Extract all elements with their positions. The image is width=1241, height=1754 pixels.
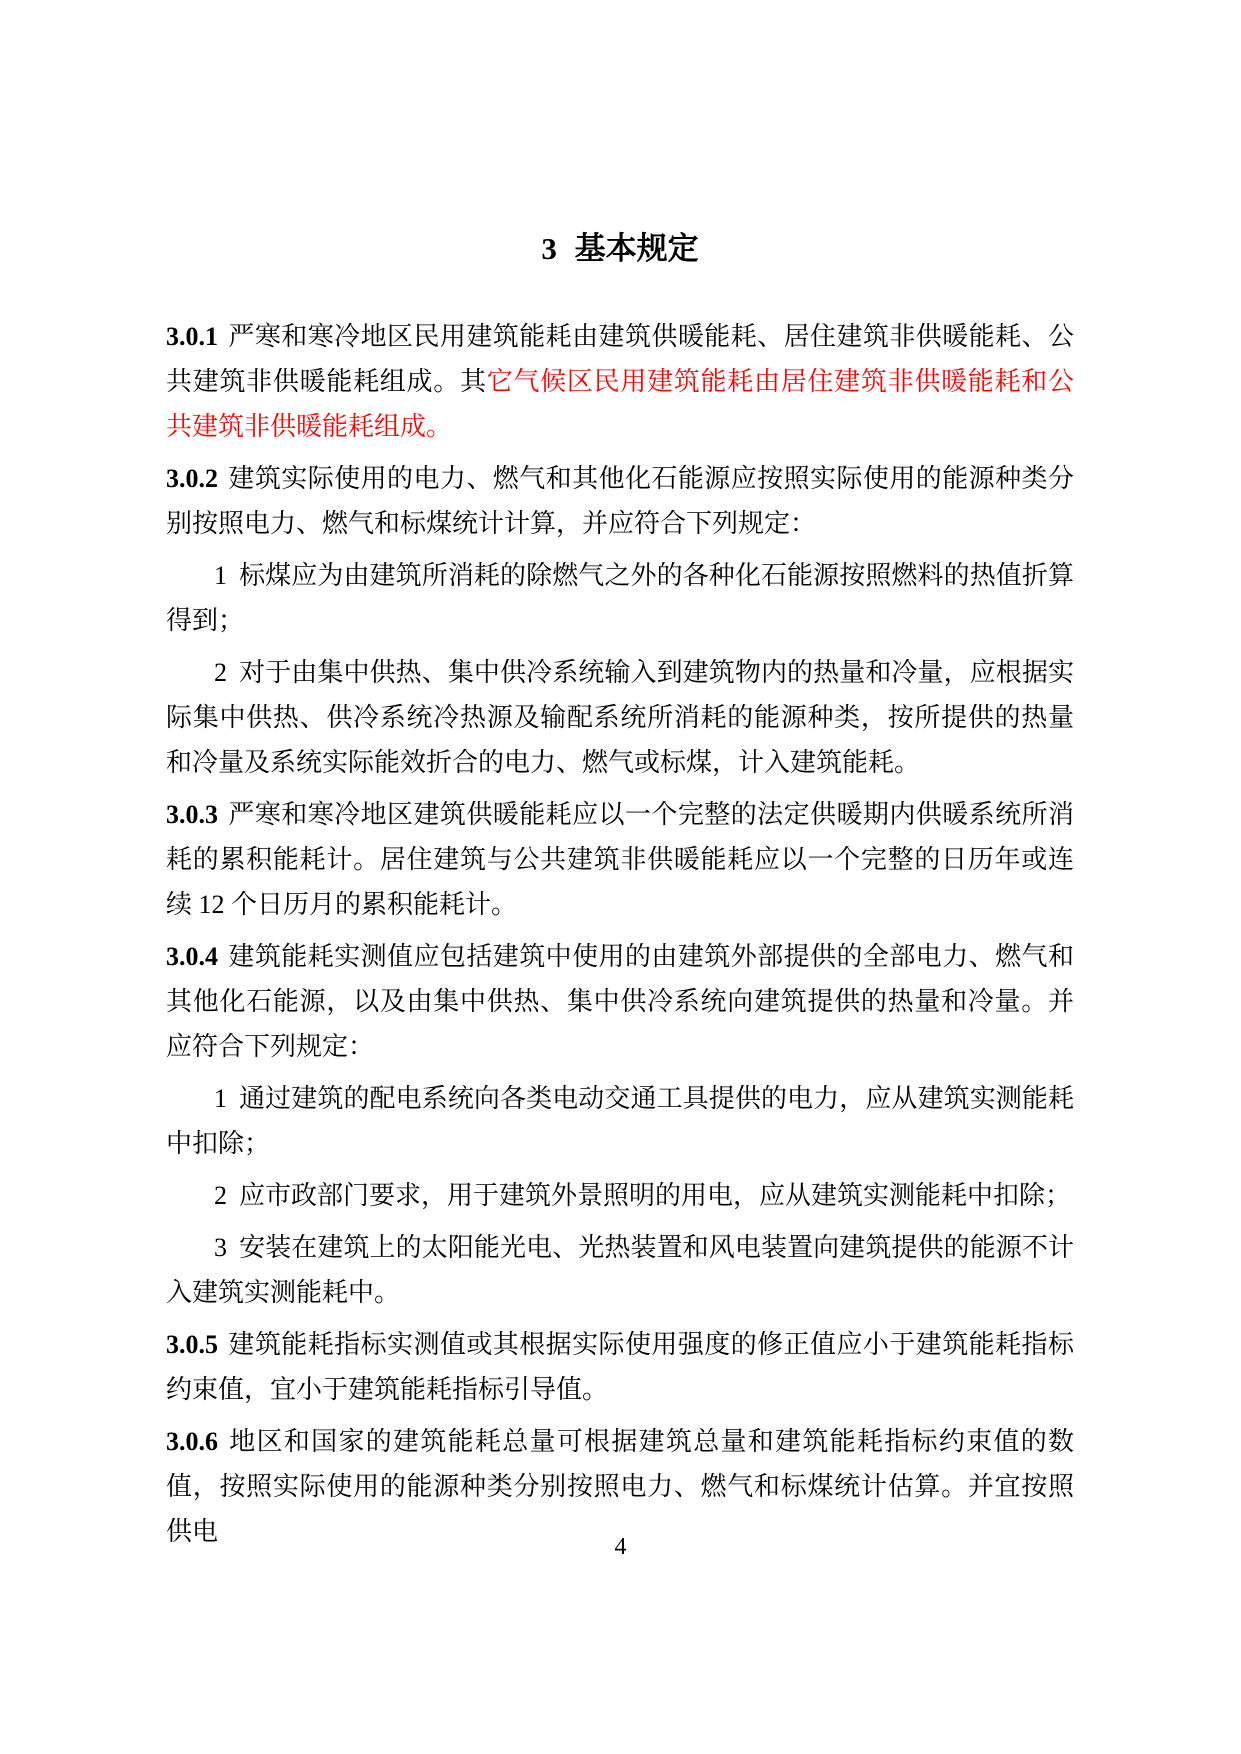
clause-number: 3.0.2: [166, 464, 218, 493]
clause-text: 严寒和寒冷地区建筑供暖能耗应以一个完整的法定供暖期内供暖系统所消耗的累积能耗计。…: [166, 800, 1074, 919]
document-page: 3 基本规定 3.0.1严寒和寒冷地区民用建筑能耗由建筑供暖能耗、居住建筑非供暖…: [0, 0, 1241, 1754]
clause-3-0-2: 3.0.2建筑实际使用的电力、燃气和其他化石能源应按照实际使用的能源种类分别按照…: [166, 456, 1074, 546]
clause-number: 3.0.4: [166, 942, 218, 971]
clause-3-0-2-item-1: 1标煤应为由建筑所消耗的除燃气之外的各种化石能源按照燃料的热值折算得到；: [166, 553, 1074, 643]
clause-3-0-4: 3.0.4建筑能耗实测值应包括建筑中使用的由建筑外部提供的全部电力、燃气和其他化…: [166, 934, 1074, 1069]
clause-3-0-1: 3.0.1严寒和寒冷地区民用建筑能耗由建筑供暖能耗、居住建筑非供暖能耗、公共建筑…: [166, 314, 1074, 449]
clause-text: 地区和国家的建筑能耗总量可根据建筑总量和建筑能耗指标约束值的数值，按照实际使用的…: [166, 1427, 1074, 1546]
clause-number: 3.0.1: [166, 322, 218, 351]
clause-text: 建筑实际使用的电力、燃气和其他化石能源应按照实际使用的能源种类分别按照电力、燃气…: [166, 464, 1074, 538]
clause-text: 建筑能耗指标实测值或其根据实际使用强度的修正值应小于建筑能耗指标约束值，宜小于建…: [166, 1330, 1074, 1404]
item-text: 通过建筑的配电系统向各类电动交通工具提供的电力，应从建筑实测能耗中扣除；: [166, 1084, 1074, 1158]
item-number: 3: [214, 1233, 227, 1262]
item-text: 标煤应为由建筑所消耗的除燃气之外的各种化石能源按照燃料的热值折算得到；: [166, 561, 1074, 635]
clause-3-0-4-item-1: 1通过建筑的配电系统向各类电动交通工具提供的电力，应从建筑实测能耗中扣除；: [166, 1076, 1074, 1166]
clause-number: 3.0.5: [166, 1330, 218, 1359]
page-content: 3 基本规定 3.0.1严寒和寒冷地区民用建筑能耗由建筑供暖能耗、居住建筑非供暖…: [166, 0, 1074, 1554]
clause-3-0-5: 3.0.5建筑能耗指标实测值或其根据实际使用强度的修正值应小于建筑能耗指标约束值…: [166, 1322, 1074, 1412]
item-number: 2: [214, 1181, 227, 1210]
item-text: 安装在建筑上的太阳能光电、光热装置和风电装置向建筑提供的能源不计入建筑实测能耗中…: [166, 1233, 1074, 1307]
clause-text: 建筑能耗实测值应包括建筑中使用的由建筑外部提供的全部电力、燃气和其他化石能源，以…: [166, 942, 1074, 1061]
clause-3-0-4-item-2: 2应市政部门要求，用于建筑外景照明的用电，应从建筑实测能耗中扣除；: [166, 1173, 1074, 1218]
clause-number: 3.0.6: [166, 1427, 218, 1456]
item-number: 1: [214, 561, 227, 590]
clause-3-0-4-item-3: 3安装在建筑上的太阳能光电、光热装置和风电装置向建筑提供的能源不计入建筑实测能耗…: [166, 1225, 1074, 1315]
clause-3-0-3: 3.0.3严寒和寒冷地区建筑供暖能耗应以一个完整的法定供暖期内供暖系统所消耗的累…: [166, 792, 1074, 927]
item-text: 对于由集中供热、集中供冷系统输入到建筑物内的热量和冷量，应根据实际集中供热、供冷…: [166, 658, 1074, 777]
chapter-title: 3 基本规定: [166, 228, 1074, 270]
page-number: 4: [0, 1532, 1241, 1562]
clause-3-0-2-item-2: 2对于由集中供热、集中供冷系统输入到建筑物内的热量和冷量，应根据实际集中供热、供…: [166, 650, 1074, 785]
clause-number: 3.0.3: [166, 800, 218, 829]
item-text: 应市政部门要求，用于建筑外景照明的用电，应从建筑实测能耗中扣除；: [239, 1181, 1071, 1210]
item-number: 2: [214, 658, 227, 687]
item-number: 1: [214, 1084, 227, 1113]
